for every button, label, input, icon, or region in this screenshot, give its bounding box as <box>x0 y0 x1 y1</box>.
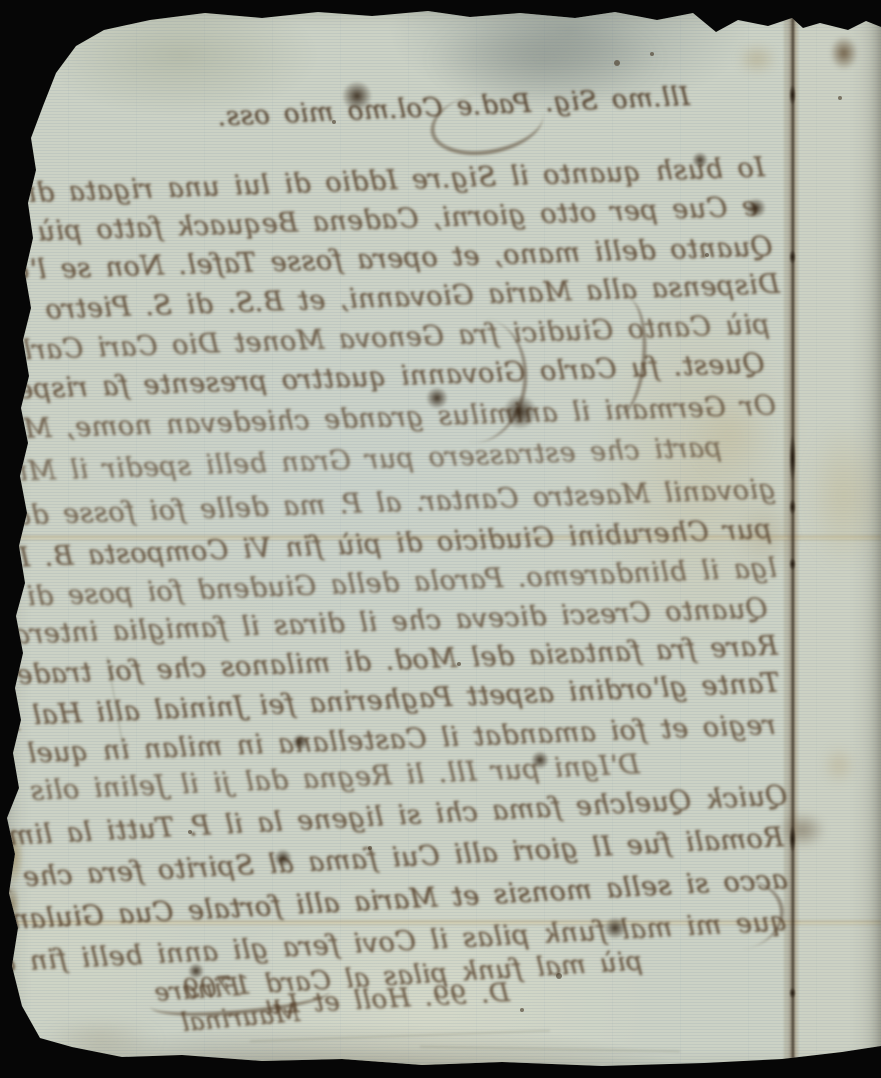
manuscript-scan: Ill.mo Sig. Pad.e Col.mo mio oss.Io bush… <box>0 0 881 1078</box>
paper-sheet: Ill.mo Sig. Pad.e Col.mo mio oss.Io bush… <box>0 0 881 1078</box>
paper-edge-shadow <box>0 0 881 1078</box>
